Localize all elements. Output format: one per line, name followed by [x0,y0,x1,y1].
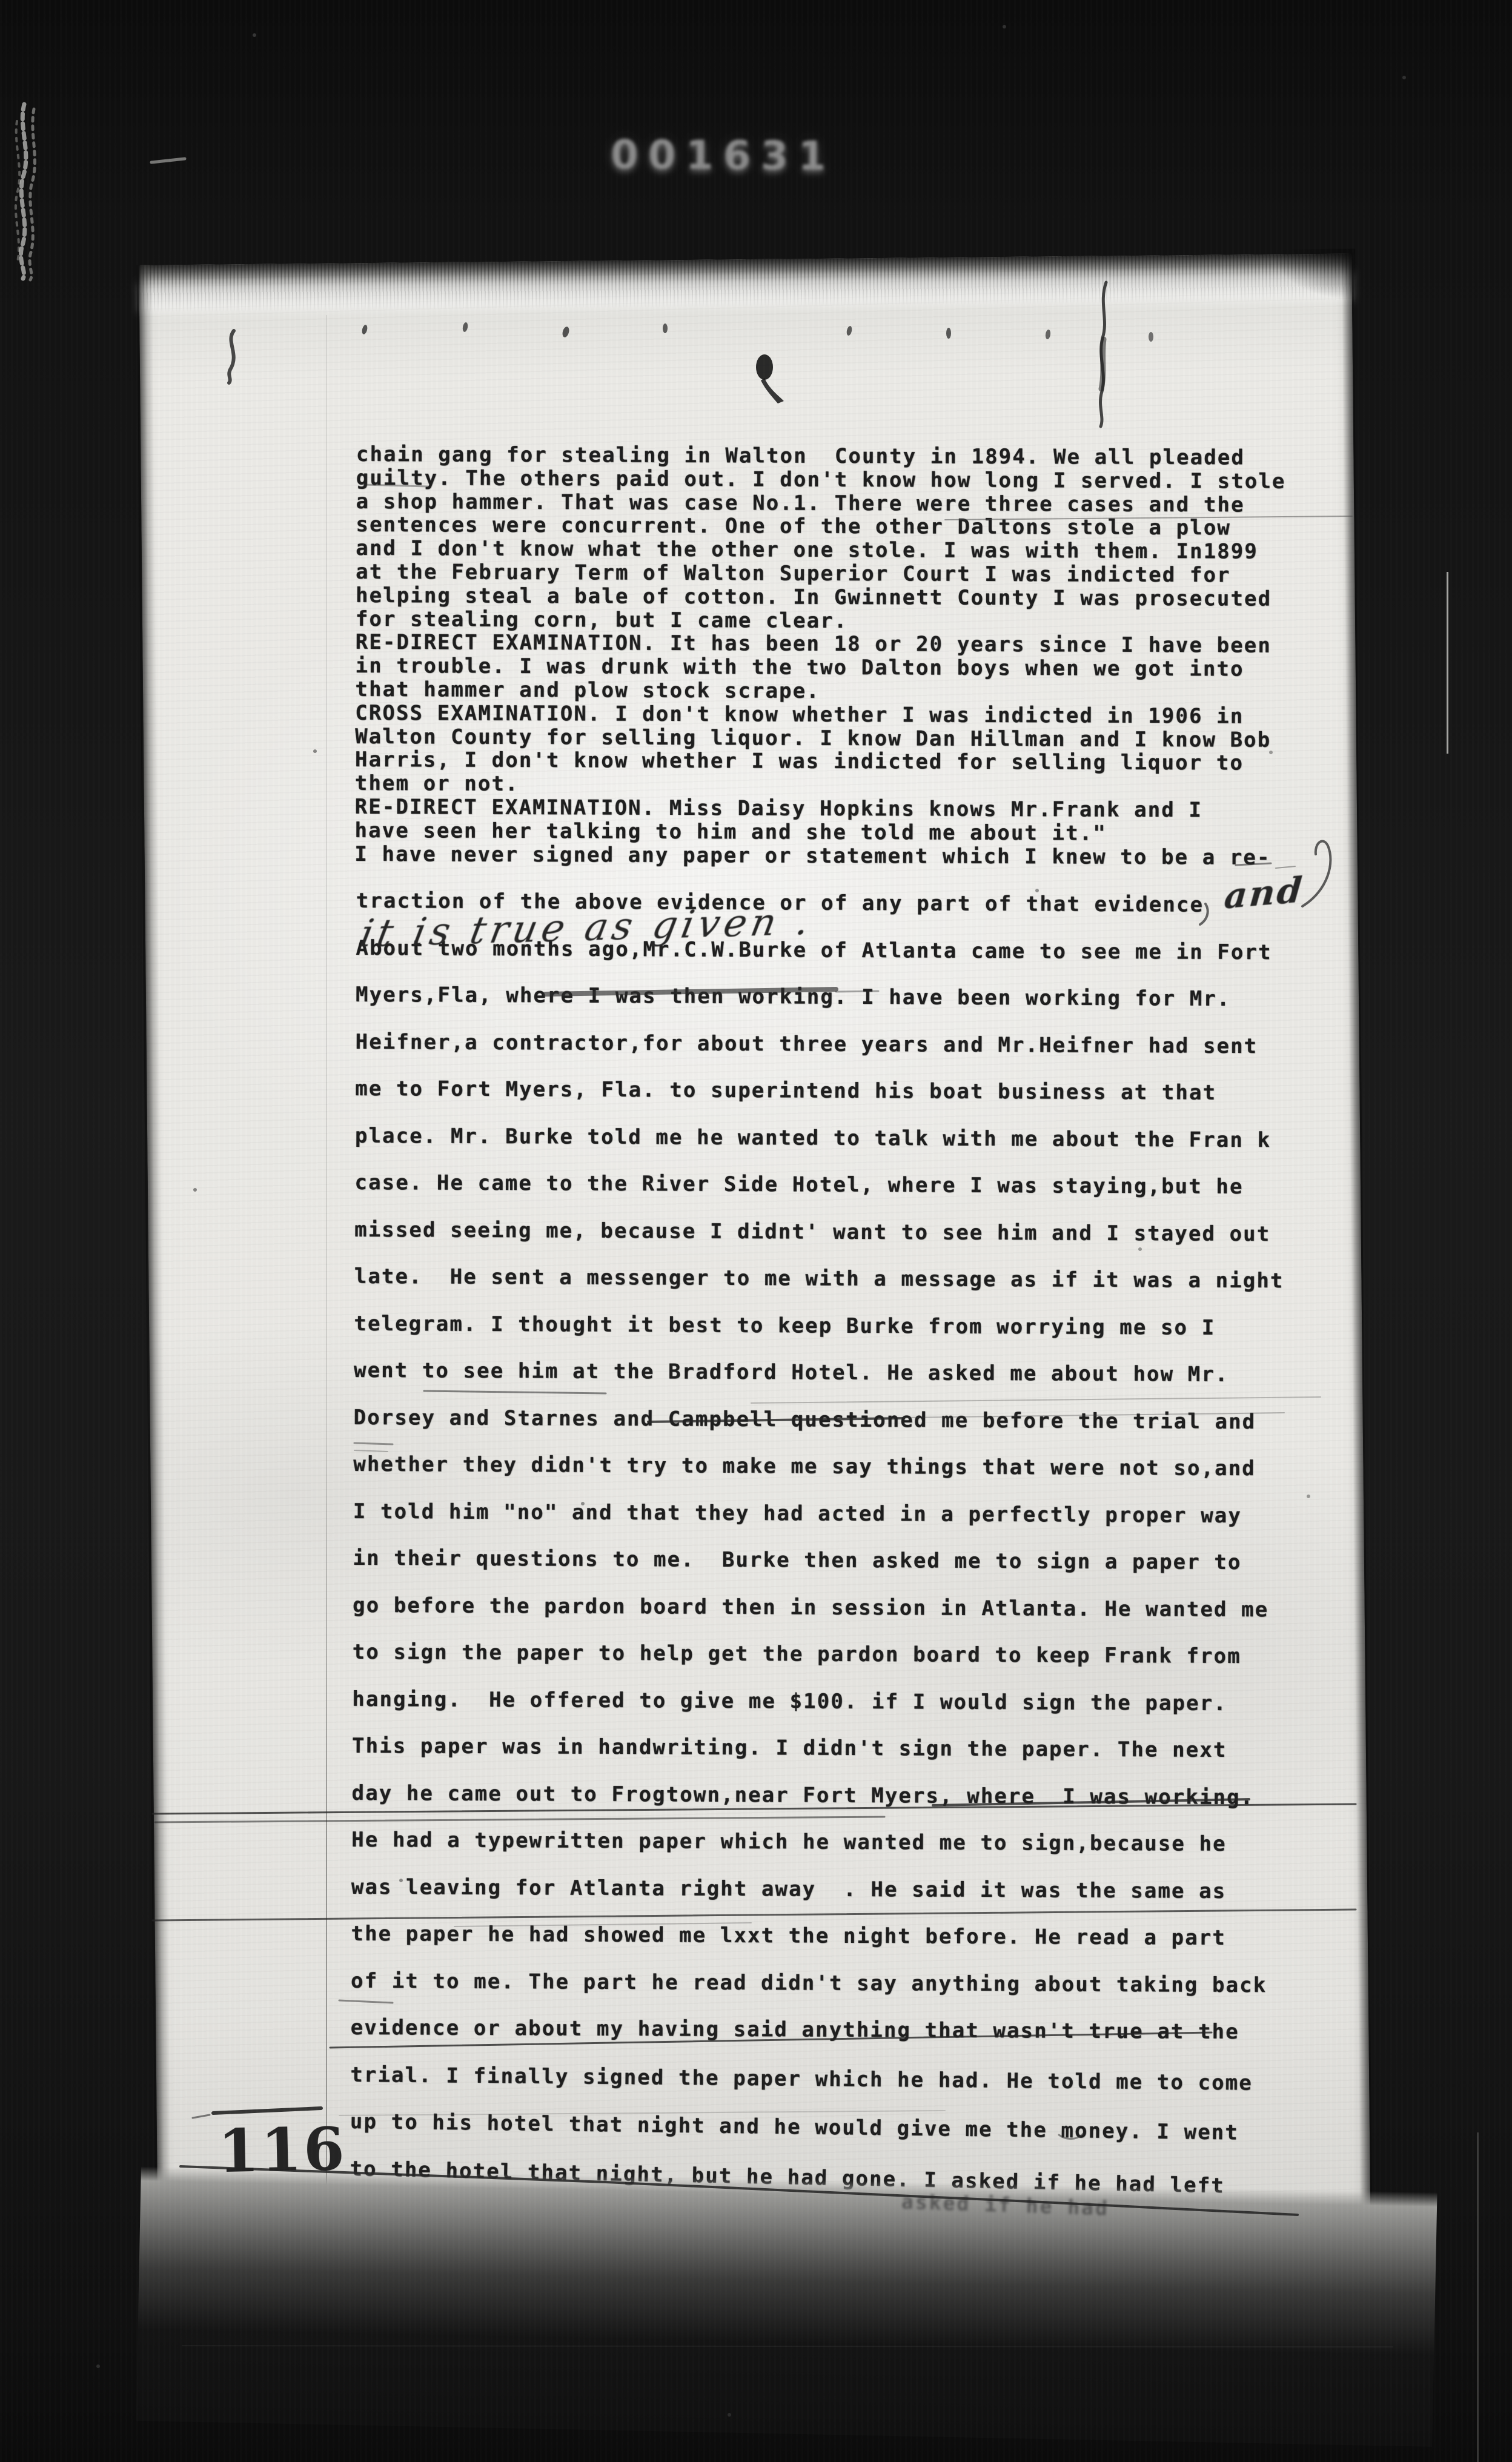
typed-line: Myers,Fla, where I was then working. I h… [356,972,1285,1023]
typed-line: hanging. He offered to give me $100. if … [352,1676,1282,1727]
typed-line: late. He sent a messenger to me with a m… [354,1253,1284,1305]
typed-line: whether they didn't try to make me say t… [353,1441,1283,1493]
typed-line: Heifner,a contractor,for about three yea… [355,1018,1285,1070]
typed-line: He had a typewritten paper which he want… [351,1817,1281,1868]
film-stamp-number: 001631 [611,131,836,180]
handwritten-and: and [1222,869,1305,917]
typed-line: was leaving for Atlanta right away . He … [351,1863,1281,1915]
typed-line: place. Mr. Burke told me he wanted to ta… [355,1112,1285,1164]
typed-text-block-single-spaced: chain gang for stealing in Walton County… [354,443,1285,869]
typed-line: to sign the paper to help get the pardon… [353,1629,1282,1681]
typed-line: guilty. The others paid out. I don't kno… [356,466,1286,494]
typed-line: trial. I finally signed the paper which … [350,2051,1280,2107]
typed-text-block-double-spaced: traction of the above evidence or of any… [350,878,1285,2197]
typed-line: case. He came to the River Side Hotel, w… [354,1160,1284,1211]
page-bottom-shadow [136,2166,1437,2447]
typed-line: the paper he had showed me lxxt the nigh… [351,1911,1281,1962]
typed-line: have seen her talking to him and she tol… [354,819,1284,846]
typed-line: Dorsey and Starnes and Campbell question… [353,1394,1283,1445]
typed-line: went to see him at the Bradford Hotel. H… [354,1347,1284,1399]
typed-line: CROSS EXAMINATION. I don't know whether … [355,702,1285,729]
ledger-margin-rule [326,315,327,2185]
typed-line: day he came out to Frogtown,near Fort My… [351,1770,1281,1821]
typed-line: go before the pardon board then in sessi… [353,1582,1282,1633]
typed-line: I have never signed any paper or stateme… [354,843,1284,870]
film-scratch-marks [16,104,185,280]
typed-line: This paper was in handwriting. I didn't … [352,1723,1282,1774]
typed-line: evidence or about my having said anythin… [351,2005,1281,2056]
typed-line: in their questions to me. Burke then ask… [353,1535,1282,1587]
typed-line: me to Fort Myers, Fla. to superintend hi… [355,1066,1285,1117]
page-number: 116 [217,2114,347,2186]
typed-line: telegram. I thought it best to keep Burk… [354,1300,1284,1352]
typed-line: helping steal a bale of cotton. In Gwinn… [356,584,1285,611]
paper-corner-shadow [1155,248,1356,341]
typed-line: missed seeing me, because I didnt' want … [354,1206,1284,1258]
typed-line: of it to me. The part he read didn't say… [351,1957,1281,2009]
microfilm-frame: 001631 chain gang for stealing in Walton… [0,0,1512,2462]
typed-line: I told him "no" and that they had acted … [353,1488,1283,1539]
